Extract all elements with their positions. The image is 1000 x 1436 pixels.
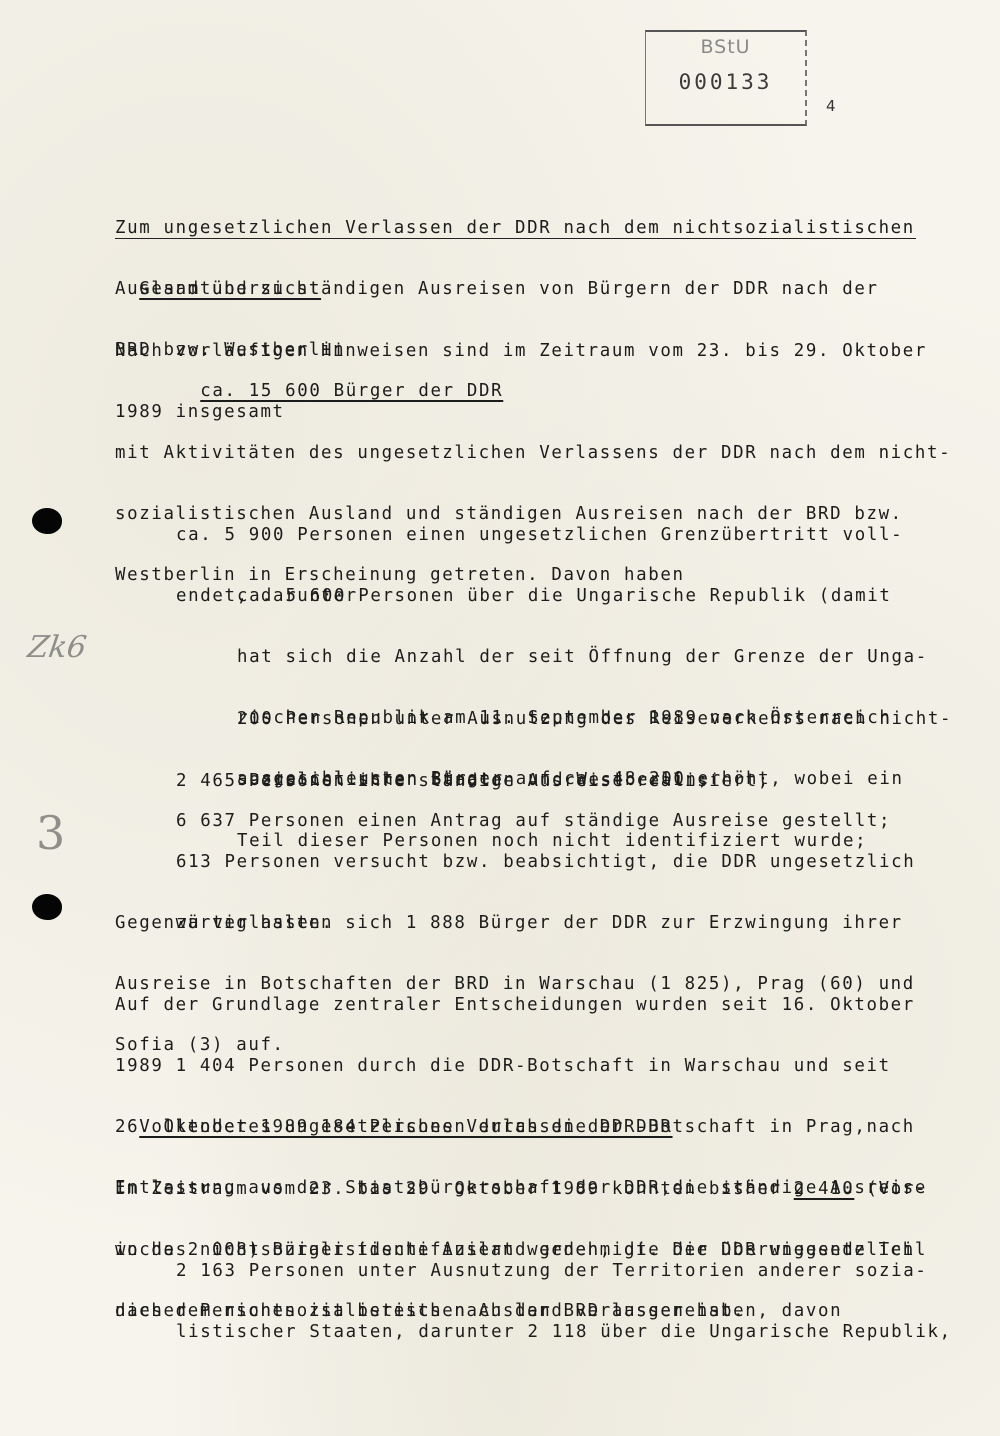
page-number: 4	[826, 97, 836, 115]
archive-stamp: BStU 000133	[645, 30, 807, 126]
stamp-number: 000133	[646, 70, 805, 94]
identified-count: 2 410	[794, 1179, 855, 1199]
handwritten-margin-number: 3	[36, 806, 65, 860]
title-underline	[115, 238, 916, 239]
title-line: Zum ungesetzlichen Verlassen der DDR nac…	[115, 218, 915, 238]
handwritten-margin-note: Zk6	[26, 630, 89, 665]
section-heading-overview: Gesamtübersicht	[115, 259, 321, 300]
overview-total: ca. 15 600 Bürger der DDR	[176, 361, 503, 402]
punch-hole	[32, 508, 62, 534]
socialist-territories-item: 2 163 Personen unter Ausnutzung der Terr…	[176, 1220, 952, 1363]
section-heading-completed: Vollendetes ungesetzliches Verlassen der…	[115, 1097, 673, 1138]
stamp-agency: BStU	[646, 36, 805, 58]
completed-line-1: Im Zeitraum vom 23. bis 29. Oktober 1989…	[115, 1179, 927, 1199]
punch-hole	[32, 894, 62, 920]
